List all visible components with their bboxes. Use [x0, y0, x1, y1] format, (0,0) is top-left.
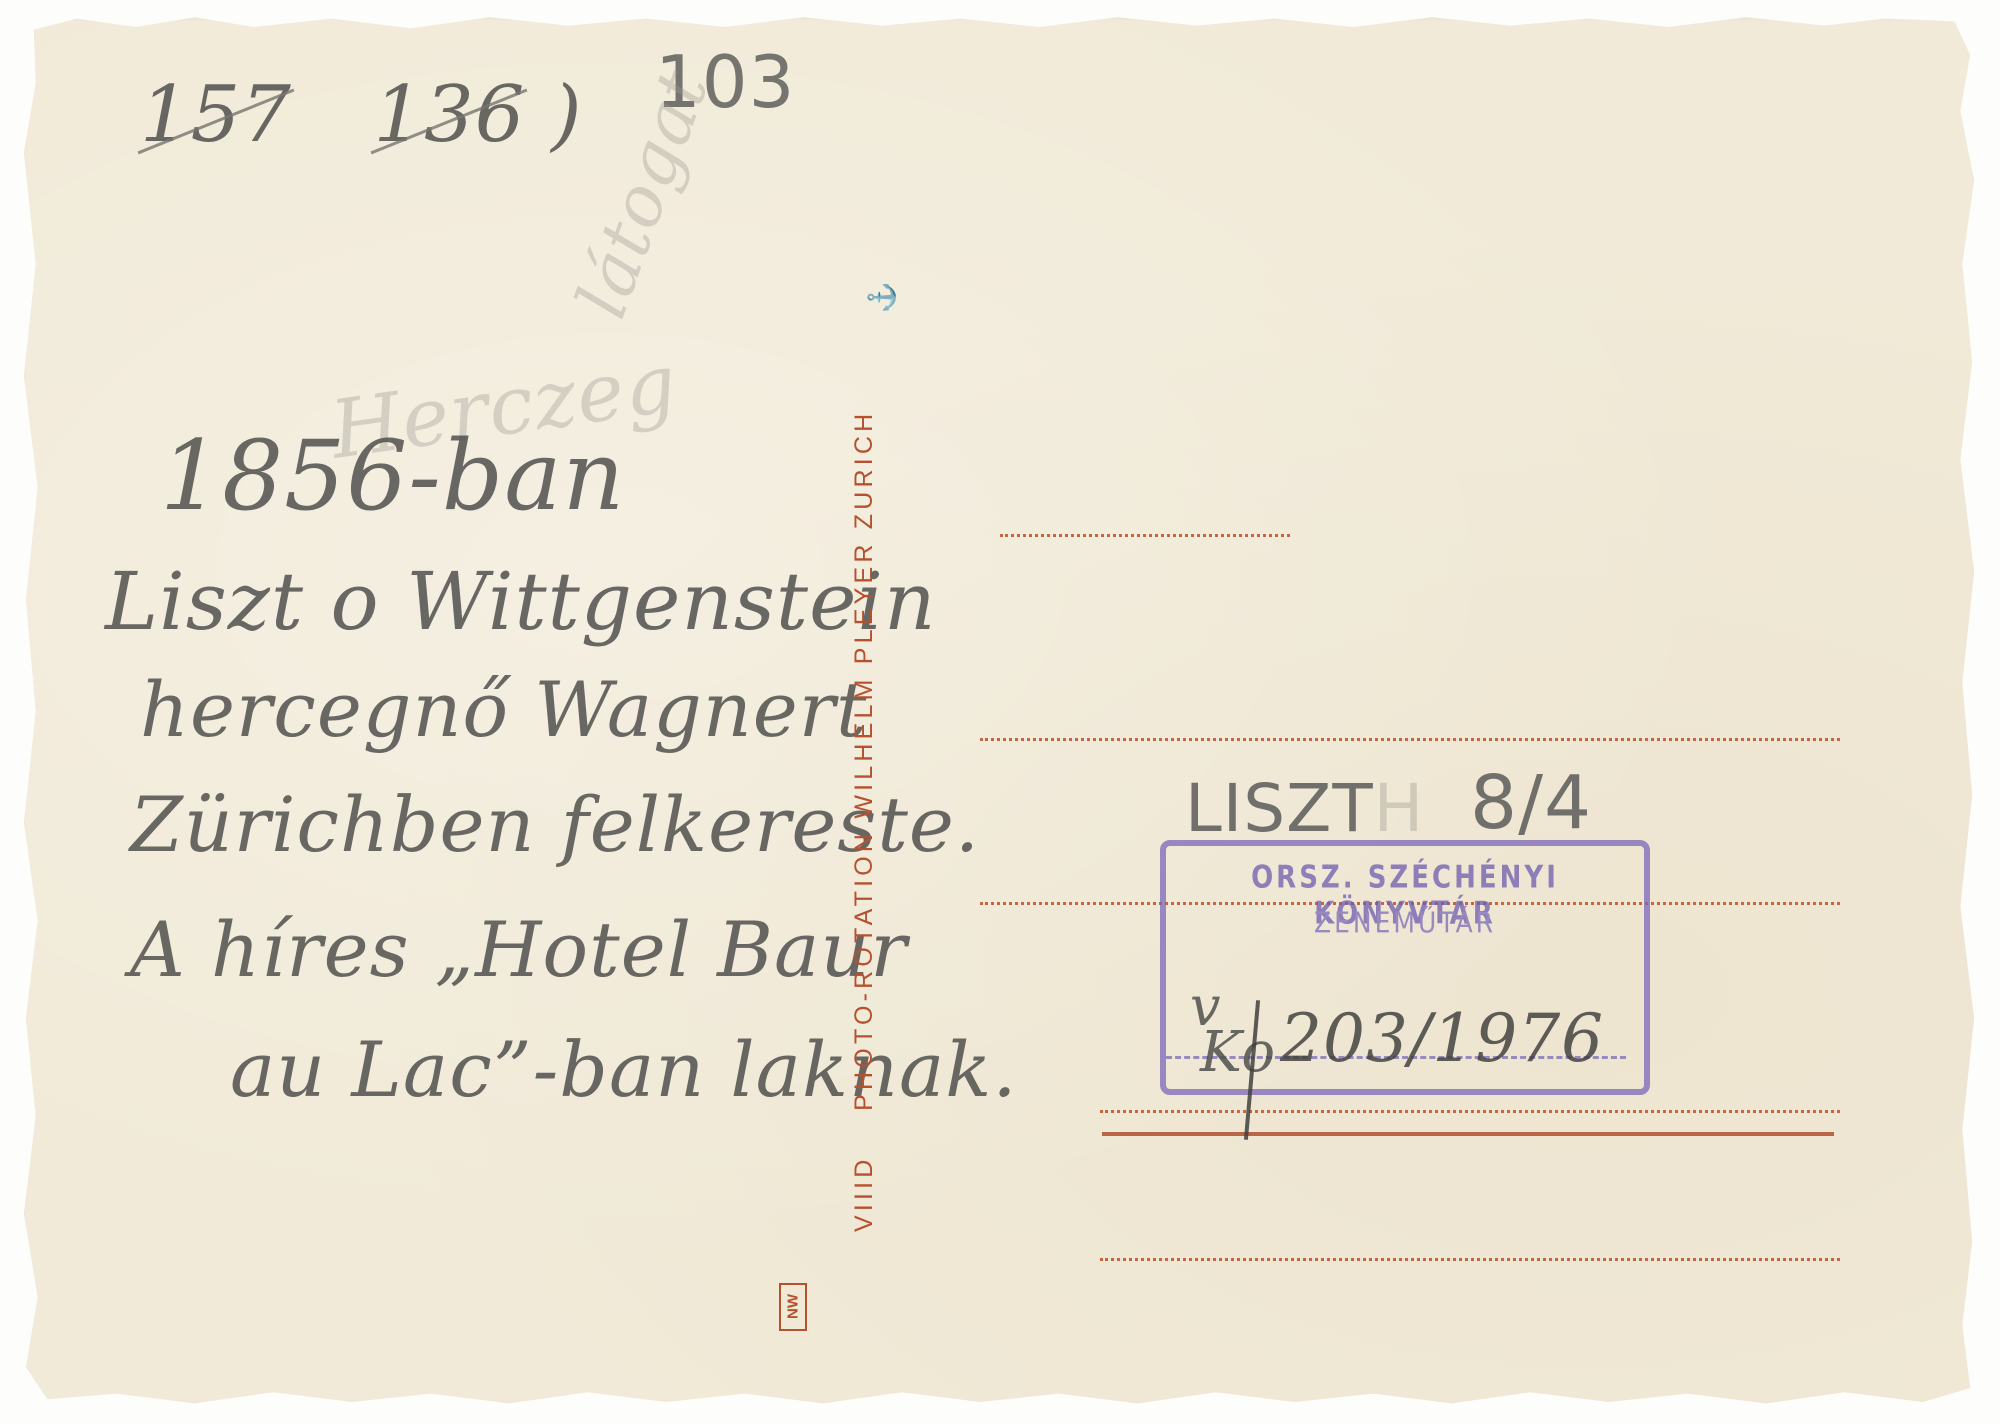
imprint-code: VIIID	[850, 1155, 878, 1232]
publisher-logo-icon: NW	[779, 1283, 807, 1331]
publisher-imprint: VIIID PHOTO-ROTATION WILHELM PLEYER ZURI…	[850, 410, 879, 1232]
struck-numbers: 157 136 )	[140, 70, 583, 160]
address-line-4	[1100, 1110, 1840, 1113]
handwritten-line-2: Liszt o Wittgenstein	[105, 555, 937, 648]
struck-number-1: 157	[140, 70, 292, 160]
stamp-handwritten-letters: Ko	[1200, 1020, 1276, 1085]
imprint-text: PHOTO-ROTATION WILHELM PLEYER ZURICH	[850, 410, 878, 1111]
address-label: LISZTH	[1185, 770, 1424, 847]
label-liszt: LISZT	[1185, 770, 1374, 847]
handwritten-line-5: A híres „Hotel Baur	[130, 905, 908, 994]
anchor-icon: ⚓	[867, 281, 898, 313]
address-underline	[1102, 1132, 1834, 1136]
address-line-5	[1100, 1258, 1840, 1261]
accession-number: 203/1976	[1280, 1000, 1604, 1077]
address-line-1	[1000, 534, 1290, 537]
address-line-2	[980, 738, 1840, 741]
closing-paren: )	[551, 70, 582, 160]
handwritten-line-3: hercegnő Wagnert	[140, 665, 868, 754]
handwritten-line-1: 1856-ban	[160, 420, 625, 532]
struck-number-2: 136	[373, 70, 525, 160]
stamp-department: ZENEMŰTÁR	[1166, 906, 1644, 939]
shelf-mark: 8/4	[1470, 760, 1592, 846]
label-faint-suffix: H	[1374, 770, 1425, 847]
handwritten-line-6: au Lac”-ban laknak.	[230, 1025, 1018, 1114]
